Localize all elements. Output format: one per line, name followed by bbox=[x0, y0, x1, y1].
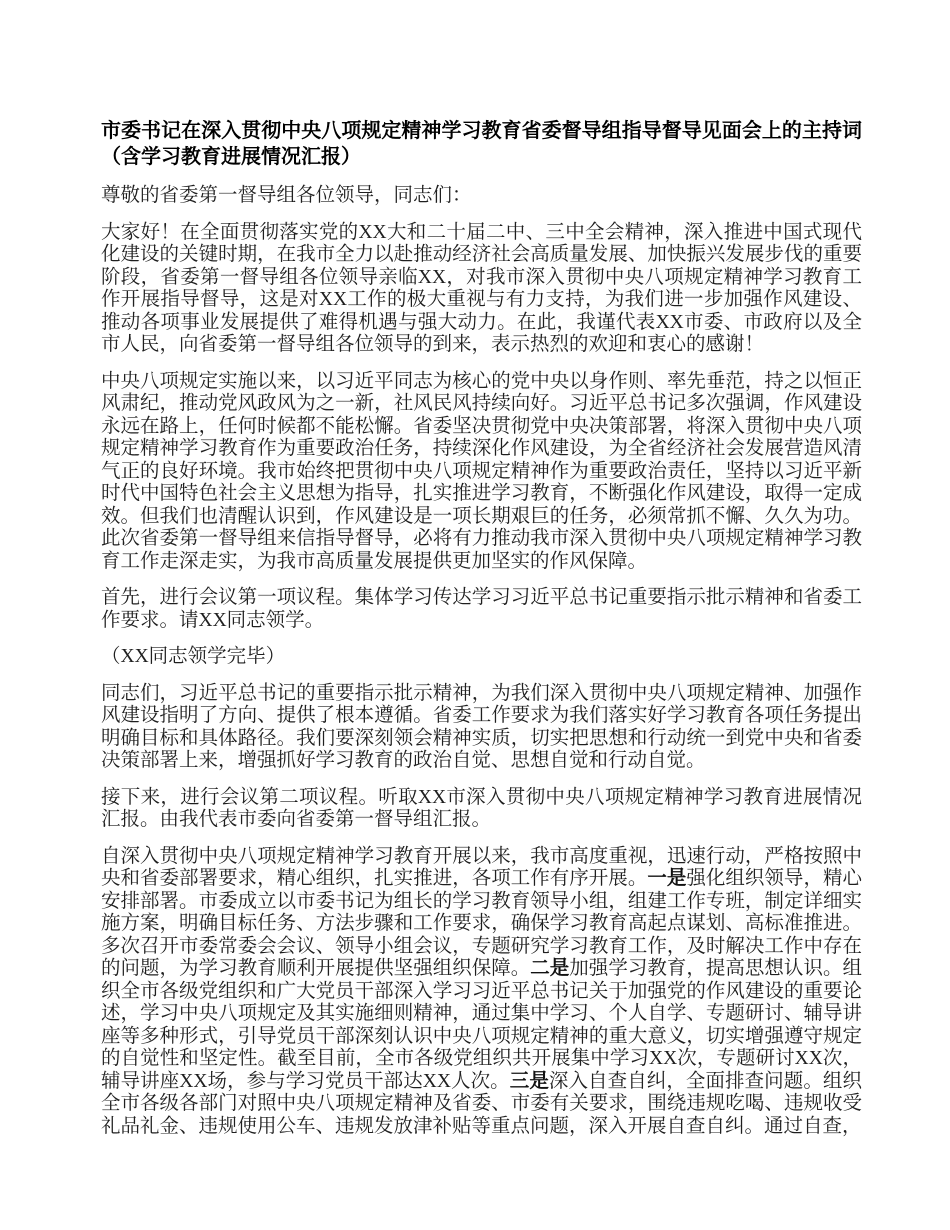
paragraph: 大家好！在全面贯彻落实党的XX大和二十届二中、三中全会精神，深入推进中国式现代化… bbox=[101, 222, 862, 357]
paragraph: 尊敬的省委第一督导组各位领导，同志们： bbox=[101, 185, 862, 208]
paragraph: 首先，进行会议第一项议程。集体学习传达学习习近平总书记重要指示批示精神和省委工作… bbox=[101, 587, 862, 632]
bold-run: 二是 bbox=[530, 958, 569, 979]
text-run: 同志们，习近平总书记的重要指示批示精神，为我们深入贯彻中央八项规定精神、加强作风… bbox=[101, 683, 862, 772]
text-run: 大家好！在全面贯彻落实党的XX大和二十届二中、三中全会精神，深入推进中国式现代化… bbox=[101, 222, 862, 356]
text-run: 接下来，进行会议第二项议程。听取XX市深入贯彻中央八项规定精神学习教育进展情况汇… bbox=[101, 787, 862, 831]
paragraph: 接下来，进行会议第二项议程。听取XX市深入贯彻中央八项规定精神学习教育进展情况汇… bbox=[101, 787, 862, 832]
text-run: 尊敬的省委第一督导组各位领导，同志们： bbox=[101, 185, 472, 206]
text-run: （XX同志领学完毕） bbox=[101, 646, 285, 667]
paragraph: （XX同志领学完毕） bbox=[101, 646, 862, 669]
paragraph: 同志们，习近平总书记的重要指示批示精神，为我们深入贯彻中央八项规定精神、加强作风… bbox=[101, 683, 862, 773]
bold-run: 一是 bbox=[647, 868, 686, 889]
text-run: 中央八项规定实施以来，以习近平同志为核心的党中央以身作则、率先垂范，持之以恒正风… bbox=[101, 371, 862, 572]
document-title: 市委书记在深入贯彻中央八项规定精神学习教育省委督导组指导督导见面会上的主持词（含… bbox=[101, 118, 862, 170]
document-page: 市委书记在深入贯彻中央八项规定精神学习教育省委督导组指导督导见面会上的主持词（含… bbox=[0, 0, 950, 1230]
bold-run: 三是 bbox=[510, 1071, 549, 1092]
paragraph: 中央八项规定实施以来，以习近平同志为核心的党中央以身作则、率先垂范，持之以恒正风… bbox=[101, 371, 862, 574]
paragraph: 自深入贯彻中央八项规定精神学习教育开展以来，我市高度重视，迅速行动，严格按照中央… bbox=[101, 846, 862, 1139]
text-run: 首先，进行会议第一项议程。集体学习传达学习习近平总书记重要指示批示精神和省委工作… bbox=[101, 587, 862, 631]
document-body: 尊敬的省委第一督导组各位领导，同志们：大家好！在全面贯彻落实党的XX大和二十届二… bbox=[101, 185, 862, 1138]
